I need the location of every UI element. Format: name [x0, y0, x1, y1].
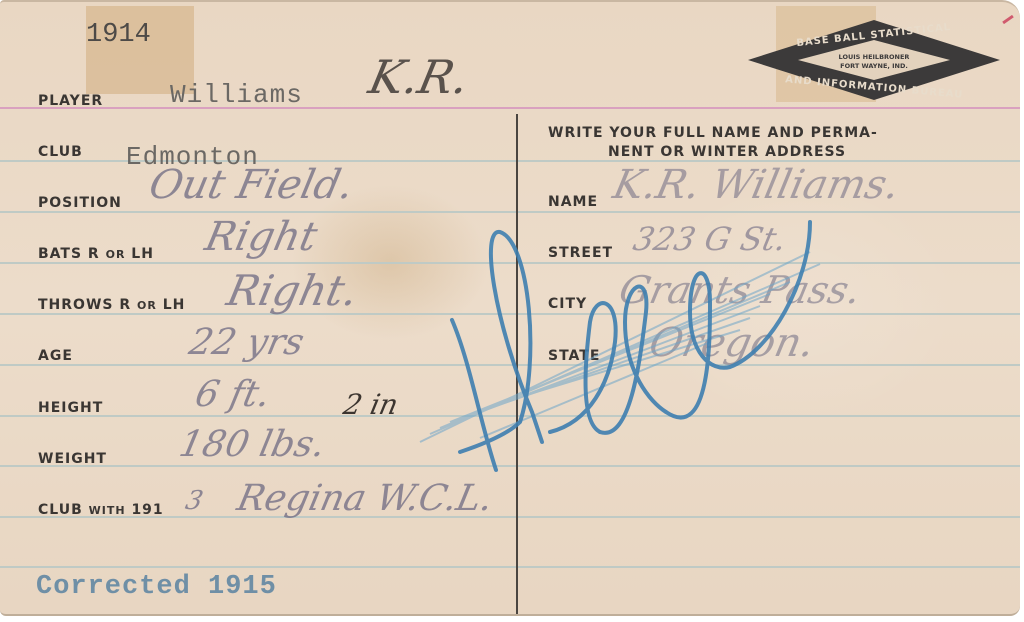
rule-line: [0, 262, 1020, 264]
street-handwritten: 323 G St.: [630, 220, 790, 258]
state-handwritten: Oregon.: [645, 320, 819, 366]
player-surname-typed: Williams: [170, 80, 303, 110]
address-instructions: WRITE YOUR FULL NAME AND PERMA- NENT OR …: [548, 124, 938, 162]
club-with-year-digit: 3: [183, 486, 206, 516]
rule-line: [0, 364, 1020, 366]
state-label: STATE: [548, 348, 600, 364]
throws-handwritten: Right.: [223, 266, 363, 315]
throws-label: THROWS R OR LH: [38, 297, 185, 313]
year-stamp: 1914: [86, 20, 151, 50]
name-label: NAME: [548, 194, 598, 210]
instructions-line-1: WRITE YOUR FULL NAME AND PERMA-: [548, 124, 938, 143]
city-label: CITY: [548, 296, 587, 312]
rule-line: [0, 465, 1020, 467]
position-label: POSITION: [38, 195, 122, 211]
age-handwritten: 22 yrs: [186, 322, 308, 363]
rule-line: [0, 415, 1020, 417]
corrected-stamp: Corrected 1915: [36, 572, 277, 602]
svg-text:LOUIS HEILBRONER: LOUIS HEILBRONER: [839, 53, 910, 61]
rule-line: [0, 566, 1020, 568]
svg-text:FORT WAYNE, IND.: FORT WAYNE, IND.: [840, 62, 908, 70]
street-label: STREET: [548, 245, 613, 261]
club-label: CLUB: [38, 144, 83, 160]
header-red-rule: [0, 107, 1020, 109]
instructions-line-2: NENT OR WINTER ADDRESS: [548, 143, 938, 162]
rule-line: [0, 211, 1020, 213]
player-index-card: 1914 BASE BALL STATISTICAL LOUIS HEILBRO…: [0, 0, 1020, 616]
weight-handwritten: 180 lbs.: [176, 424, 329, 465]
city-handwritten: Grants Pass.: [615, 268, 864, 312]
age-label: AGE: [38, 348, 73, 364]
club-with-label: CLUB WITH 191: [38, 502, 164, 518]
rule-line: [0, 313, 1020, 315]
previous-club-handwritten: Regina W.C.L.: [234, 478, 497, 519]
publisher-logo: BASE BALL STATISTICAL LOUIS HEILBRONER F…: [746, 18, 1002, 102]
player-initials-handwritten: K.R.: [364, 50, 474, 104]
name-handwritten: K.R. Williams.: [609, 162, 904, 208]
weight-label: WEIGHT: [38, 451, 107, 467]
pink-mark: [1002, 15, 1014, 24]
bats-label: BATS R OR LH: [38, 246, 154, 262]
player-label: PLAYER: [38, 93, 103, 109]
height-inches-handwritten: 2 in: [340, 388, 401, 421]
height-label: HEIGHT: [38, 400, 103, 416]
height-feet-handwritten: 6 ft.: [192, 374, 274, 415]
column-divider: [516, 114, 518, 614]
bats-handwritten: Right: [201, 214, 321, 260]
position-handwritten: Out Field.: [145, 162, 357, 208]
